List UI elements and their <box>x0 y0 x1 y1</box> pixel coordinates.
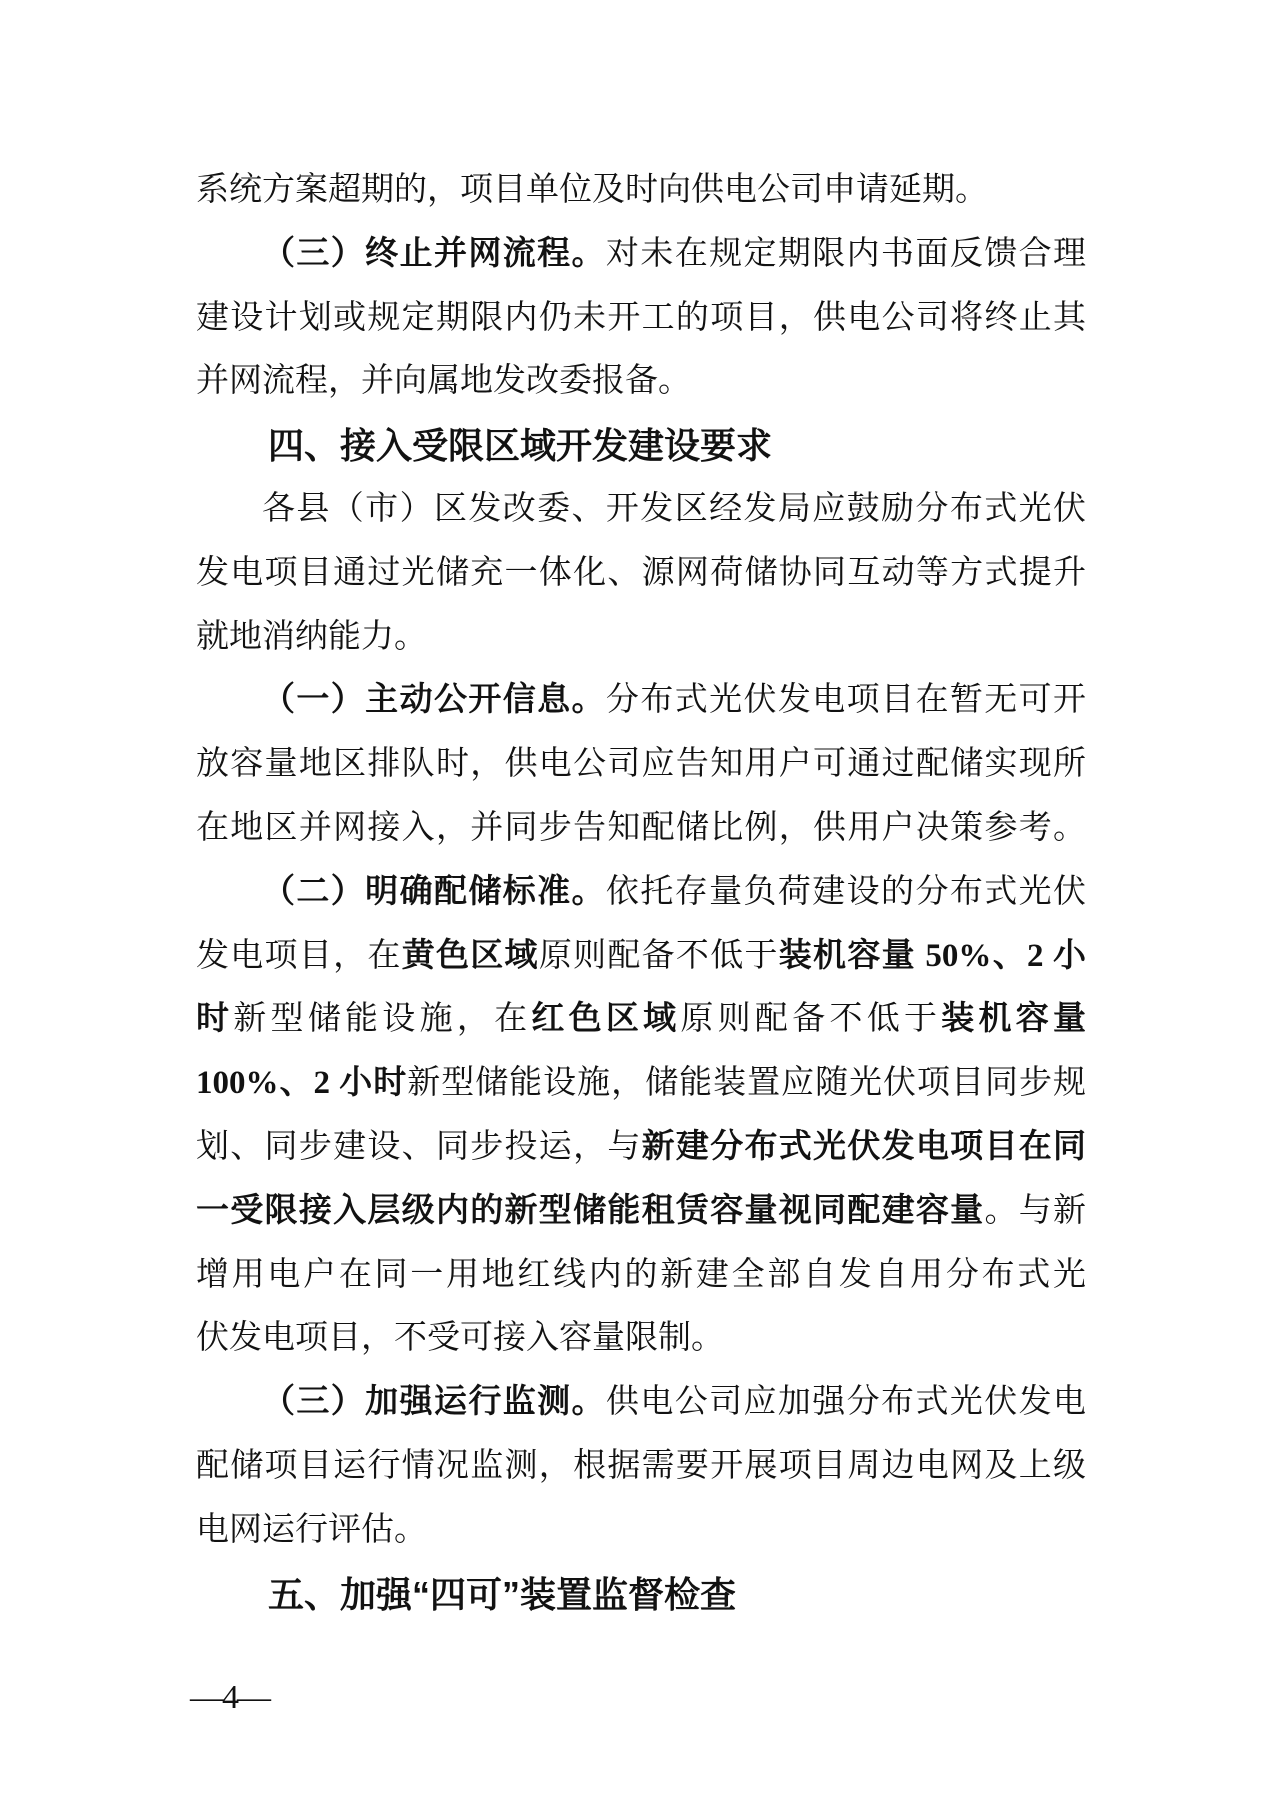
paragraph-line: 系统方案超期的，项目单位及时向供电公司申请延期。 <box>196 159 1086 223</box>
text-segment: 就地消纳能力。 <box>196 619 427 655</box>
paragraph-line: 伏发电项目，不受可接入容量限制。 <box>196 1307 1086 1371</box>
bold-text-segment: 装机容量 <box>941 1001 1086 1037</box>
bold-text-segment: 黄色区域 <box>402 938 539 974</box>
text-segment: 各县（市）区发改委、开发区经发局应鼓励分布式光伏 <box>262 491 1086 527</box>
bold-text-segment: 四、接入受限区域开发建设要求 <box>268 425 772 466</box>
bold-text-segment: （二）明确配储标准。 <box>262 874 606 910</box>
paragraph-line: 一受限接入层级内的新型储能租赁容量视同配建容量。与新 <box>196 1180 1086 1244</box>
paragraph-line: 100%、2 小时新型储能设施，储能装置应随光伏项目同步规 <box>196 1052 1086 1116</box>
paragraph-line: （三）加强运行监测。供电公司应加强分布式光伏发电 <box>196 1371 1086 1435</box>
paragraph-line: 划、同步建设、同步投运，与新建分布式光伏发电项目在同 <box>196 1116 1086 1180</box>
paragraph-line: 在地区并网接入，并同步告知配储比例，供用户决策参考。 <box>196 797 1086 861</box>
text-segment: 。与新 <box>984 1193 1086 1229</box>
text-segment: 系统方案超期的，项目单位及时向供电公司申请延期。 <box>196 172 988 208</box>
bold-text-segment: 100%、2 小时 <box>196 1065 407 1101</box>
bold-text-segment: （一）主动公开信息。 <box>262 682 606 718</box>
document-page: 系统方案超期的，项目单位及时向供电公司申请延期。（三）终止并网流程。对未在规定期… <box>0 0 1280 1810</box>
text-segment: 划、同步建设、同步投运，与 <box>196 1129 642 1165</box>
paragraph-line: 发电项目，在黄色区域原则配备不低于装机容量 50%、2 小 <box>196 925 1086 989</box>
text-segment: 原则配备不低于 <box>539 938 779 974</box>
paragraph-line: （二）明确配储标准。依托存量负荷建设的分布式光伏 <box>196 861 1086 925</box>
paragraph-line: （三）终止并网流程。对未在规定期限内书面反馈合理 <box>196 223 1086 287</box>
bold-text-segment: 红色区域 <box>531 1001 680 1037</box>
page-number: —4— <box>190 1672 269 1724</box>
section-heading: 五、加强“四可”装置监督检查 <box>196 1563 1086 1627</box>
bold-text-segment: 装机容量 50%、2 小 <box>779 938 1086 974</box>
text-segment: 在地区并网接入，并同步告知配储比例，供用户决策参考。 <box>196 810 1086 846</box>
paragraph-line: 增用电户在同一用地红线内的新建全部自发自用分布式光 <box>196 1244 1086 1308</box>
bold-text-segment: 时 <box>196 1001 233 1037</box>
text-segment: 发电项目，在 <box>196 938 402 974</box>
text-segment: 依托存量负荷建设的分布式光伏 <box>606 874 1086 910</box>
document-body: 系统方案超期的，项目单位及时向供电公司申请延期。（三）终止并网流程。对未在规定期… <box>196 159 1086 1626</box>
bold-text-segment: 一受限接入层级内的新型储能租赁容量视同配建容量 <box>196 1193 984 1229</box>
paragraph-line: 并网流程，并向属地发改委报备。 <box>196 350 1086 414</box>
text-segment: 电网运行评估。 <box>196 1512 427 1548</box>
paragraph-line: （一）主动公开信息。分布式光伏发电项目在暂无可开 <box>196 669 1086 733</box>
bold-text-segment: 五、加强“四可”装置监督检查 <box>268 1574 736 1615</box>
text-segment: 发电项目通过光储充一体化、源网荷储协同互动等方式提升 <box>196 555 1086 591</box>
text-segment: 新型储能设施，在 <box>233 1001 531 1037</box>
text-segment: 并网流程，并向属地发改委报备。 <box>196 363 691 399</box>
paragraph-line: 时新型储能设施，在红色区域原则配备不低于装机容量 <box>196 988 1086 1052</box>
bold-text-segment: 新建分布式光伏发电项目在同 <box>642 1129 1086 1165</box>
paragraph-line: 建设计划或规定期限内仍未开工的项目，供电公司将终止其 <box>196 287 1086 351</box>
text-segment: 新型储能设施，储能装置应随光伏项目同步规 <box>407 1065 1086 1101</box>
paragraph-line: 电网运行评估。 <box>196 1499 1086 1563</box>
section-heading: 四、接入受限区域开发建设要求 <box>196 414 1086 478</box>
text-segment: 伏发电项目，不受可接入容量限制。 <box>196 1320 724 1356</box>
paragraph-line: 发电项目通过光储充一体化、源网荷储协同互动等方式提升 <box>196 542 1086 606</box>
paragraph-line: 各县（市）区发改委、开发区经发局应鼓励分布式光伏 <box>196 478 1086 542</box>
paragraph-line: 配储项目运行情况监测，根据需要开展项目周边电网及上级 <box>196 1435 1086 1499</box>
paragraph-line: 就地消纳能力。 <box>196 606 1086 670</box>
text-segment: 对未在规定期限内书面反馈合理 <box>606 236 1086 272</box>
text-segment: 建设计划或规定期限内仍未开工的项目，供电公司将终止其 <box>196 300 1086 336</box>
text-segment: 分布式光伏发电项目在暂无可开 <box>606 682 1086 718</box>
text-segment: 供电公司应加强分布式光伏发电 <box>606 1384 1086 1420</box>
bold-text-segment: （三）加强运行监测。 <box>262 1384 606 1420</box>
paragraph-line: 放容量地区排队时，供电公司应告知用户可通过配储实现所 <box>196 733 1086 797</box>
text-segment: 增用电户在同一用地红线内的新建全部自发自用分布式光 <box>196 1257 1086 1293</box>
bold-text-segment: （三）终止并网流程。 <box>262 236 606 272</box>
text-segment: 放容量地区排队时，供电公司应告知用户可通过配储实现所 <box>196 746 1086 782</box>
text-segment: 原则配备不低于 <box>680 1001 941 1037</box>
text-segment: 配储项目运行情况监测，根据需要开展项目周边电网及上级 <box>196 1448 1086 1484</box>
